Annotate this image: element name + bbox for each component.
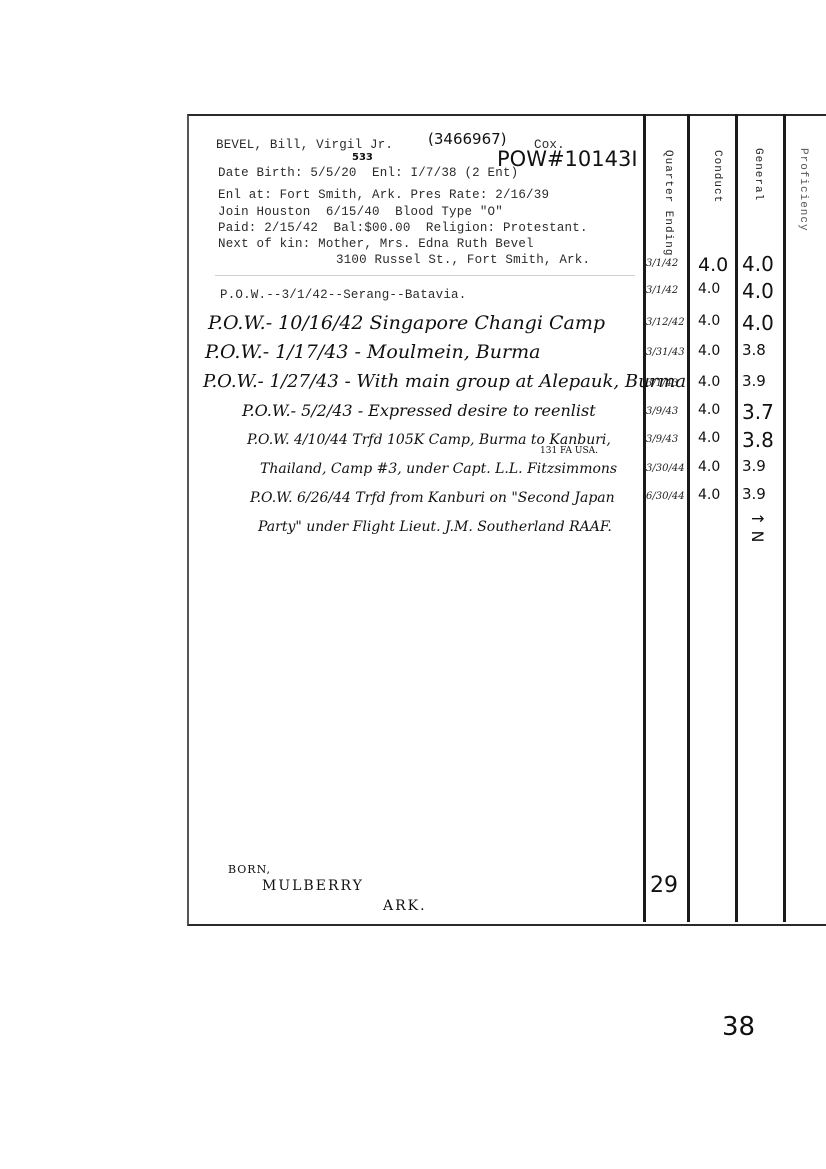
address-line: 3100 Russel St., Fort Smith, Ark. — [336, 253, 590, 267]
divider — [215, 275, 635, 276]
born-town: MULBERRY — [262, 878, 364, 894]
pow-typed-line: P.O.W.--3/1/42--Serang--Batavia. — [220, 288, 466, 302]
general-mark: 3.7 — [742, 400, 774, 424]
next-of-kin-line: Next of kin: Mother, Mrs. Edna Ruth Beve… — [218, 237, 534, 251]
page-number: 38 — [722, 1012, 755, 1042]
entry-reenlist: P.O.W.- 5/2/43 - Expressed desire to ree… — [242, 401, 596, 420]
quarter-ending-value: 3/31/43 — [646, 347, 685, 358]
entry-second-japan-party: P.O.W. 6/26/44 Trfd from Kanburi on "Sec… — [250, 490, 615, 506]
conduct-mark: 4.0 — [698, 254, 728, 276]
service-number: (3466967) — [428, 130, 507, 148]
quarter-ending-value: 3/1/42 — [646, 258, 678, 269]
conduct-mark: 4.0 — [698, 402, 720, 418]
quarter-ending-value: 3/1/43 — [646, 378, 678, 389]
bottom-quarter-note: 29 — [650, 873, 678, 898]
entry-changi: P.O.W.- 10/16/42 Singapore Changi Camp — [208, 312, 605, 334]
birth-line: Date Birth: 5/5/20 Enl: I/7/38 (2 Ent) — [218, 166, 518, 180]
conduct-mark: 4.0 — [698, 459, 720, 475]
entry-camp3: Thailand, Camp #3, under Capt. L.L. Fitz… — [260, 461, 617, 477]
column-header-proficiency: Proficiency — [797, 148, 809, 232]
annotation-533: 533 — [352, 152, 373, 163]
column-divider — [687, 114, 690, 922]
born-state: ARK. — [383, 898, 427, 914]
entry-alepauk: P.O.W.- 1/27/43 - With main group at Ale… — [203, 371, 686, 392]
conduct-mark: 4.0 — [698, 430, 720, 446]
conduct-mark: 4.0 — [698, 487, 720, 503]
paid-line: Paid: 2/15/42 Bal:$00.00 Religion: Prote… — [218, 221, 588, 235]
general-mark: 3.9 — [742, 485, 766, 503]
entry-southerland: Party" under Flight Lieut. J.M. Southerl… — [258, 519, 612, 535]
conduct-mark: 4.0 — [698, 343, 720, 359]
quarter-ending-value: 3/9/43 — [646, 434, 678, 445]
general-mark: 3.9 — [742, 372, 766, 390]
general-mark: 3.8 — [742, 428, 774, 452]
column-divider — [643, 114, 646, 922]
note-131fa: 131 FA USA. — [540, 446, 598, 456]
general-mark: 3.8 — [742, 341, 766, 359]
name-line: BEVEL, Bill, Virgil Jr. — [216, 138, 393, 152]
enlisted-line: Enl at: Fort Smith, Ark. Pres Rate: 2/16… — [218, 188, 549, 202]
quarter-ending-value: 3/1/42 — [646, 285, 678, 296]
column-header-general: General — [752, 148, 764, 201]
join-line: Join Houston 6/15/40 Blood Type "O" — [218, 205, 503, 219]
column-divider — [735, 114, 738, 922]
conduct-mark: 4.0 — [698, 313, 720, 329]
conduct-mark: 4.0 — [698, 374, 720, 390]
quarter-ending-value: 3/30/44 — [646, 463, 685, 474]
quarter-ending-value: 6/30/44 — [646, 491, 685, 502]
arrow-note: ↑ N — [748, 512, 767, 542]
general-mark: 4.0 — [742, 252, 774, 276]
quarter-ending-value: 3/9/43 — [646, 406, 678, 417]
quarter-ending-value: 3/12/42 — [646, 317, 685, 328]
born-label: BORN, — [228, 863, 271, 876]
general-mark: 3.9 — [742, 457, 766, 475]
general-mark: 4.0 — [742, 279, 774, 303]
conduct-mark: 4.0 — [698, 281, 720, 297]
general-mark: 4.0 — [742, 311, 774, 335]
column-header-conduct: Conduct — [711, 150, 723, 203]
entry-moulmein: P.O.W.- 1/17/43 - Moulmein, Burma — [205, 341, 540, 363]
column-divider — [783, 114, 786, 922]
column-header-quarter-ending: Quarter Ending — [662, 150, 674, 256]
